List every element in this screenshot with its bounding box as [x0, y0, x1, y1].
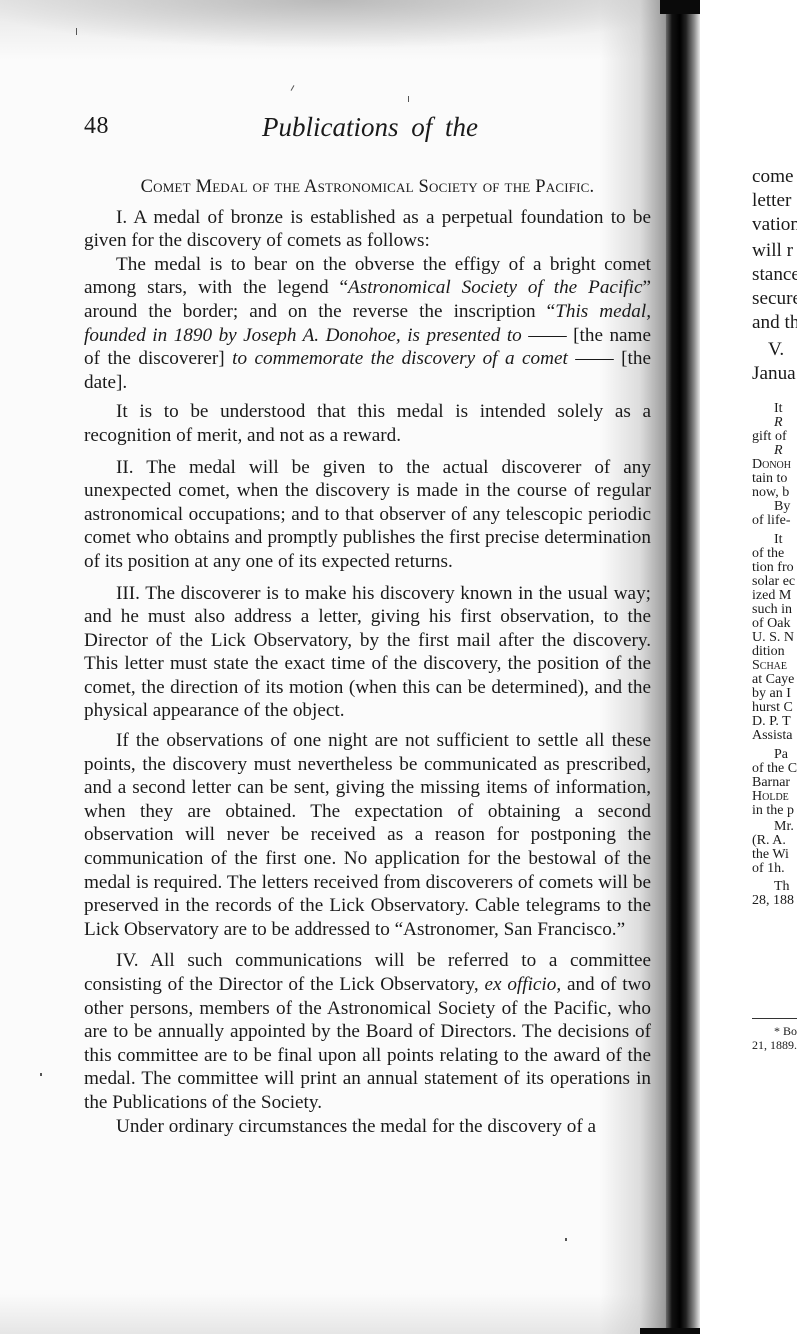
right-small-line: in the p [752, 804, 794, 819]
article-title: Comet Medal of the Astronomical Society … [84, 176, 651, 200]
paragraph-section-1: I. A medal of bronze is established as a… [84, 206, 651, 253]
footnote-line: * Bo [752, 1024, 797, 1038]
footnote-line: 21, 1889. [752, 1038, 797, 1052]
scan-speck [565, 1238, 567, 1241]
right-page-fragment: come letter vation will r stance secure … [700, 0, 797, 1334]
right-line: letter [752, 189, 791, 213]
ex-officio-text: ex officio [485, 974, 557, 995]
paragraph-section-2: II. The medal will be given to the actua… [84, 456, 651, 574]
paragraph-recognition: It is to be understood that this medal i… [84, 400, 651, 447]
right-line: secure [752, 287, 797, 311]
right-line: Janua [752, 362, 796, 386]
right-line: vation [752, 213, 797, 237]
right-line: and th [752, 311, 797, 335]
article-body: Comet Medal of the Astronomical Society … [84, 176, 651, 1138]
right-small-line: of 1h. [752, 862, 785, 877]
right-small-line: 28, 188 [752, 894, 794, 909]
paragraph-ordinary-circumstances: Under ordinary circumstances the medal f… [84, 1115, 651, 1139]
scan-speck [40, 1073, 42, 1076]
inscription-text-2: to commemorate the discovery of a comet [232, 348, 568, 369]
right-small-line: Assista [752, 729, 792, 744]
right-line: stance [752, 263, 797, 287]
scan-speck [76, 28, 77, 35]
right-small-line: of life- [752, 514, 790, 529]
right-line: will r [752, 239, 793, 263]
page-number: 48 [84, 113, 109, 140]
legend-text: Astronomical Society of the Pacific [348, 277, 642, 298]
paragraph-medal-design: The medal is to bear on the obverse the … [84, 253, 651, 395]
footnote-rule [752, 1018, 797, 1019]
right-line: come [752, 165, 794, 189]
book-gutter [666, 0, 700, 1334]
right-line: V. [752, 338, 784, 362]
paragraph-section-4: IV. All such communications will be refe… [84, 949, 651, 1114]
paragraph-section-3: III. The discoverer is to make his disco… [84, 582, 651, 724]
scan-speck [408, 96, 409, 102]
running-head: Publications of the [262, 112, 478, 143]
paragraph-observations: If the observations of one night are not… [84, 729, 651, 941]
